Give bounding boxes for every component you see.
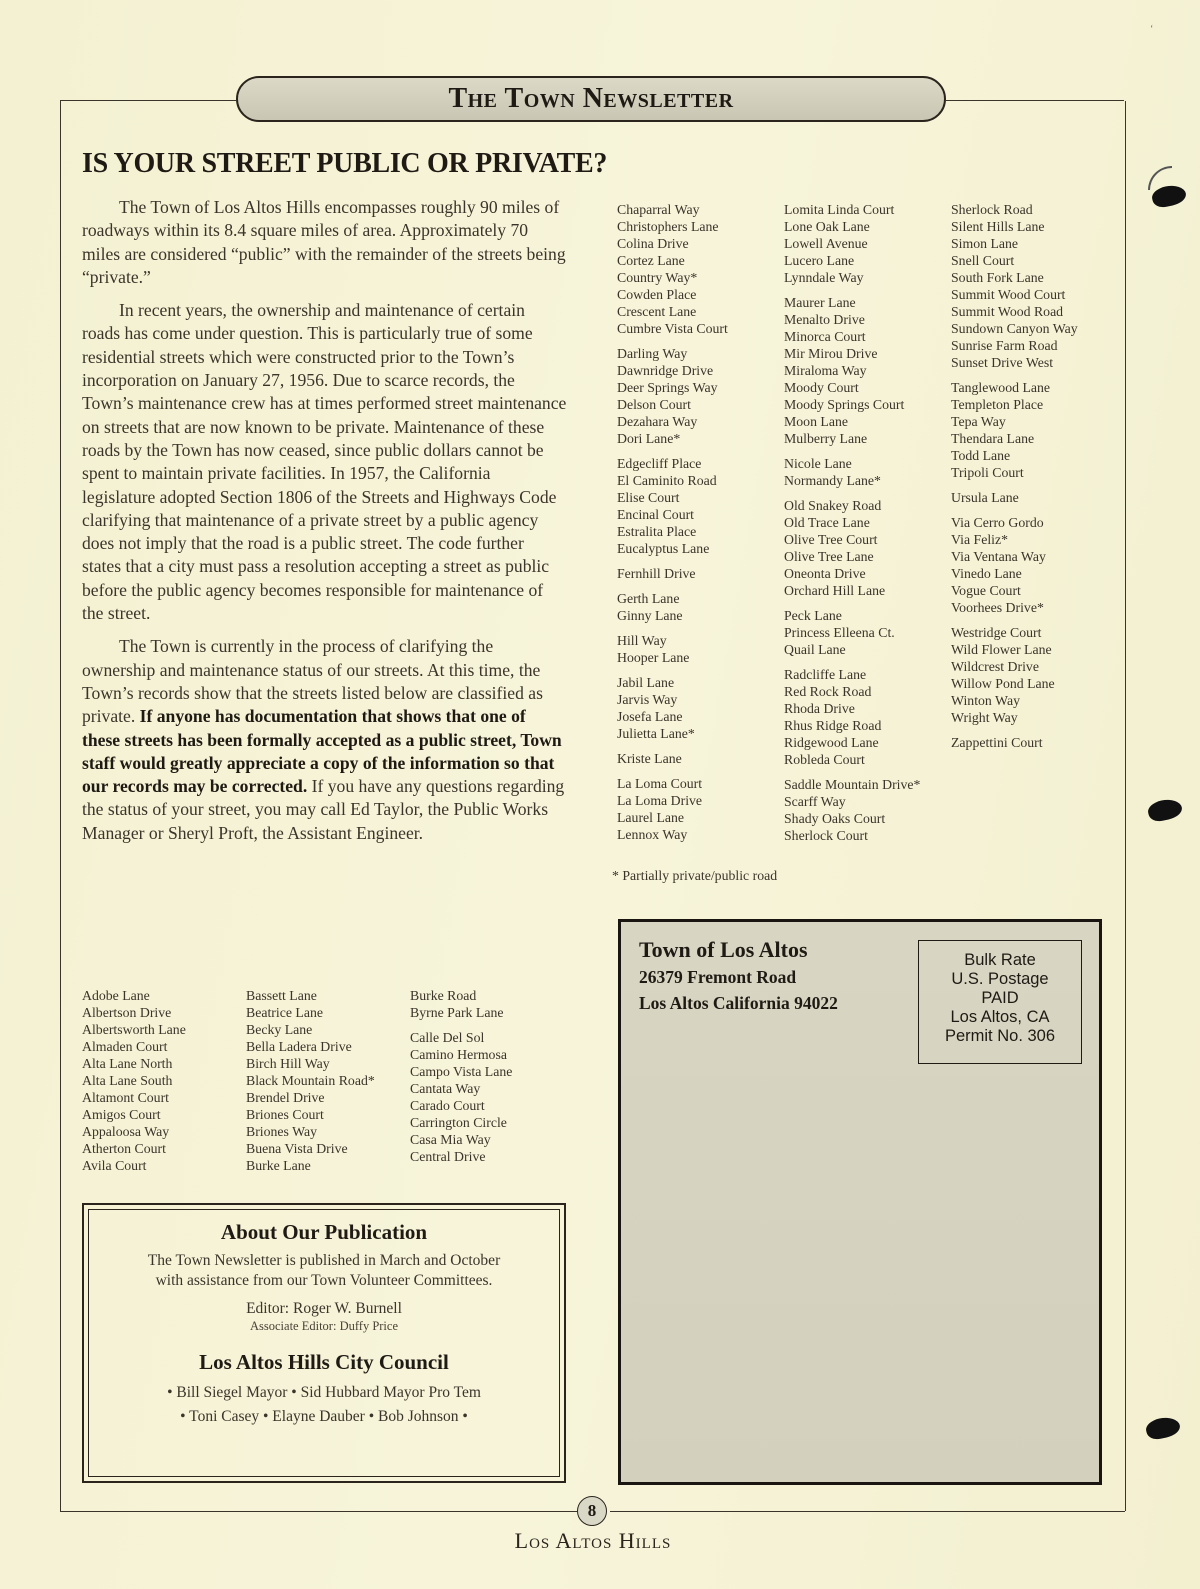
- street-name: Colina Drive: [617, 235, 728, 252]
- street-name: Robleda Court: [784, 751, 920, 768]
- street-name: Brendel Drive: [246, 1089, 375, 1106]
- street-name: Becky Lane: [246, 1021, 375, 1038]
- street-name: Calle Del Sol: [410, 1029, 512, 1046]
- street-name: Quail Lane: [784, 641, 920, 658]
- street-name: Wildcrest Drive: [951, 658, 1078, 675]
- street-name: Moody Springs Court: [784, 396, 920, 413]
- council-members-line: • Toni Casey • Elayne Dauber • Bob Johns…: [89, 1405, 559, 1429]
- return-address: Town of Los Altos 26379 Fremont Road Los…: [639, 936, 838, 1016]
- postage-line: PAID: [919, 989, 1081, 1008]
- street-name: Sunset Drive West: [951, 354, 1078, 371]
- street-name: Ursula Lane: [951, 489, 1078, 506]
- frame-rule: [60, 1511, 577, 1512]
- street-name: Black Mountain Road*: [246, 1072, 375, 1089]
- about-publication-box: About Our Publication The Town Newslette…: [82, 1203, 566, 1483]
- frame-rule: [60, 100, 236, 101]
- street-list-column: Chaparral WayChristophers LaneColina Dri…: [617, 201, 728, 851]
- about-description: The Town Newsletter is published in Marc…: [144, 1251, 504, 1291]
- street-name: Burke Road: [410, 987, 512, 1004]
- scan-mark: ‘: [1150, 24, 1153, 35]
- street-name: Buena Vista Drive: [246, 1140, 375, 1157]
- street-name: Lynndale Way: [784, 269, 920, 286]
- street-name: Alta Lane North: [82, 1055, 186, 1072]
- street-name: Shady Oaks Court: [784, 810, 920, 827]
- street-name: Thendara Lane: [951, 430, 1078, 447]
- street-name: Delson Court: [617, 396, 728, 413]
- street-name: Kriste Lane: [617, 750, 728, 767]
- street-name: Lone Oak Lane: [784, 218, 920, 235]
- binder-hole-icon: [1146, 797, 1183, 824]
- article-paragraph: The Town is currently in the process of …: [82, 635, 567, 845]
- street-name: La Loma Drive: [617, 792, 728, 809]
- street-name: Todd Lane: [951, 447, 1078, 464]
- street-name: Carrington Circle: [410, 1114, 512, 1131]
- street-name: Crescent Lane: [617, 303, 728, 320]
- street-name: Edgecliff Place: [617, 455, 728, 472]
- street-list-column: Adobe LaneAlbertson DriveAlbertsworth La…: [82, 987, 186, 1182]
- street-group: Calle Del SolCamino HermosaCampo Vista L…: [410, 1029, 512, 1165]
- street-name: Cortez Lane: [617, 252, 728, 269]
- street-name: Olive Tree Court: [784, 531, 920, 548]
- street-group: Darling WayDawnridge DriveDeer Springs W…: [617, 345, 728, 447]
- street-name: Birch Hill Way: [246, 1055, 375, 1072]
- publication-name: Los Altos Hills: [0, 1528, 1186, 1554]
- street-group: Peck LanePrincess Elleena Ct.Quail Lane: [784, 607, 920, 658]
- street-name: Gerth Lane: [617, 590, 728, 607]
- street-name: Normandy Lane*: [784, 472, 920, 489]
- street-name: Bella Ladera Drive: [246, 1038, 375, 1055]
- street-name: Josefa Lane: [617, 708, 728, 725]
- street-name: La Loma Court: [617, 775, 728, 792]
- street-name: Tanglewood Lane: [951, 379, 1078, 396]
- street-name: Mulberry Lane: [784, 430, 920, 447]
- street-name: Dezahara Way: [617, 413, 728, 430]
- street-name: Atherton Court: [82, 1140, 186, 1157]
- street-group: Radcliffe LaneRed Rock RoadRhoda DriveRh…: [784, 666, 920, 768]
- street-name: Sherlock Road: [951, 201, 1078, 218]
- street-name: Radcliffe Lane: [784, 666, 920, 683]
- street-name: Miraloma Way: [784, 362, 920, 379]
- street-name: Red Rock Road: [784, 683, 920, 700]
- street-name: Rhus Ridge Road: [784, 717, 920, 734]
- street-list-column: Burke RoadByrne Park LaneCalle Del SolCa…: [410, 987, 512, 1173]
- street-name: Saddle Mountain Drive*: [784, 776, 920, 793]
- page-number: 8: [577, 1496, 607, 1526]
- street-name: Simon Lane: [951, 235, 1078, 252]
- street-name: Campo Vista Lane: [410, 1063, 512, 1080]
- street-name: Orchard Hill Lane: [784, 582, 920, 599]
- article-body: The Town of Los Altos Hills encompasses …: [82, 196, 567, 855]
- street-name: Eucalyptus Lane: [617, 540, 728, 557]
- street-name: Moon Lane: [784, 413, 920, 430]
- street-group: Bassett LaneBeatrice LaneBecky LaneBella…: [246, 987, 375, 1174]
- street-group: Kriste Lane: [617, 750, 728, 767]
- postage-line: Bulk Rate: [919, 951, 1081, 970]
- street-name: Lowell Avenue: [784, 235, 920, 252]
- street-group: Hill WayHooper Lane: [617, 632, 728, 666]
- street-name: Encinal Court: [617, 506, 728, 523]
- frame-rule: [946, 100, 1124, 101]
- street-name: Rhoda Drive: [784, 700, 920, 717]
- article-headline: IS YOUR STREET PUBLIC OR PRIVATE?: [82, 148, 607, 180]
- street-name: Silent Hills Lane: [951, 218, 1078, 235]
- street-name: Vogue Court: [951, 582, 1078, 599]
- street-name: Old Trace Lane: [784, 514, 920, 531]
- street-group: Saddle Mountain Drive*Scarff WayShady Oa…: [784, 776, 920, 844]
- street-name: Darling Way: [617, 345, 728, 362]
- street-name: Wright Way: [951, 709, 1078, 726]
- street-name: Via Cerro Gordo: [951, 514, 1078, 531]
- street-group: Ursula Lane: [951, 489, 1078, 506]
- street-name: Vinedo Lane: [951, 565, 1078, 582]
- street-name: Scarff Way: [784, 793, 920, 810]
- street-name: Moody Court: [784, 379, 920, 396]
- street-name: Templeton Place: [951, 396, 1078, 413]
- street-name: Casa Mia Way: [410, 1131, 512, 1148]
- street-name: Peck Lane: [784, 607, 920, 624]
- binder-hole-icon: [1144, 1415, 1181, 1442]
- street-name: Amigos Court: [82, 1106, 186, 1123]
- street-name: Snell Court: [951, 252, 1078, 269]
- street-name: Laurel Lane: [617, 809, 728, 826]
- street-group: Old Snakey RoadOld Trace LaneOlive Tree …: [784, 497, 920, 599]
- street-name: Dawnridge Drive: [617, 362, 728, 379]
- street-group: Burke RoadByrne Park Lane: [410, 987, 512, 1021]
- postage-line: Permit No. 306: [919, 1027, 1081, 1046]
- street-group: Chaparral WayChristophers LaneColina Dri…: [617, 201, 728, 337]
- street-name: Elise Court: [617, 489, 728, 506]
- street-name: Burke Lane: [246, 1157, 375, 1174]
- street-name: Camino Hermosa: [410, 1046, 512, 1063]
- street-name: Avila Court: [82, 1157, 186, 1174]
- footnote: * Partially private/public road: [612, 868, 777, 884]
- street-name: Albertson Drive: [82, 1004, 186, 1021]
- street-name: Hill Way: [617, 632, 728, 649]
- street-group: Sherlock RoadSilent Hills LaneSimon Lane…: [951, 201, 1078, 371]
- street-name: Nicole Lane: [784, 455, 920, 472]
- about-title: About Our Publication: [89, 1220, 559, 1245]
- street-name: Altamont Court: [82, 1089, 186, 1106]
- street-name: Deer Springs Way: [617, 379, 728, 396]
- street-group: La Loma CourtLa Loma DriveLaurel LaneLen…: [617, 775, 728, 843]
- street-list-column: Lomita Linda CourtLone Oak LaneLowell Av…: [784, 201, 920, 852]
- article-paragraph: The Town of Los Altos Hills encompasses …: [82, 196, 567, 289]
- street-name: Briones Court: [246, 1106, 375, 1123]
- street-group: Westridge CourtWild Flower LaneWildcrest…: [951, 624, 1078, 726]
- street-name: Cowden Place: [617, 286, 728, 303]
- street-name: Jarvis Way: [617, 691, 728, 708]
- article-paragraph: In recent years, the ownership and maint…: [82, 299, 567, 625]
- street-name: Westridge Court: [951, 624, 1078, 641]
- street-name: Ridgewood Lane: [784, 734, 920, 751]
- street-name: Albertsworth Lane: [82, 1021, 186, 1038]
- street-name: Old Snakey Road: [784, 497, 920, 514]
- return-name: Town of Los Altos: [639, 936, 838, 964]
- street-group: Tanglewood LaneTempleton PlaceTepa WayTh…: [951, 379, 1078, 481]
- street-name: Zappettini Court: [951, 734, 1078, 751]
- postage-line: U.S. Postage: [919, 970, 1081, 989]
- street-name: Chaparral Way: [617, 201, 728, 218]
- street-group: Lomita Linda CourtLone Oak LaneLowell Av…: [784, 201, 920, 286]
- street-name: Oneonta Drive: [784, 565, 920, 582]
- street-group: Nicole LaneNormandy Lane*: [784, 455, 920, 489]
- street-list-column: Sherlock RoadSilent Hills LaneSimon Lane…: [951, 201, 1078, 759]
- street-name: Alta Lane South: [82, 1072, 186, 1089]
- street-name: Lennox Way: [617, 826, 728, 843]
- street-name: Cumbre Vista Court: [617, 320, 728, 337]
- street-group: Adobe LaneAlbertson DriveAlbertsworth La…: [82, 987, 186, 1174]
- return-city: Los Altos California 94022: [639, 990, 838, 1016]
- street-name: Sherlock Court: [784, 827, 920, 844]
- street-name: Voorhees Drive*: [951, 599, 1078, 616]
- street-name: Mir Mirou Drive: [784, 345, 920, 362]
- street-name: Tepa Way: [951, 413, 1078, 430]
- street-name: Jabil Lane: [617, 674, 728, 691]
- street-name: Lucero Lane: [784, 252, 920, 269]
- street-name: Byrne Park Lane: [410, 1004, 512, 1021]
- mailing-panel: Town of Los Altos 26379 Fremont Road Los…: [618, 919, 1102, 1485]
- street-name: Minorca Court: [784, 328, 920, 345]
- street-name: Via Ventana Way: [951, 548, 1078, 565]
- street-name: Willow Pond Lane: [951, 675, 1078, 692]
- street-group: Edgecliff PlaceEl Caminito RoadElise Cou…: [617, 455, 728, 557]
- street-name: Princess Elleena Ct.: [784, 624, 920, 641]
- street-name: Cantata Way: [410, 1080, 512, 1097]
- street-name: Fernhill Drive: [617, 565, 728, 582]
- street-group: Fernhill Drive: [617, 565, 728, 582]
- street-name: Central Drive: [410, 1148, 512, 1165]
- postage-line: Los Altos, CA: [919, 1008, 1081, 1027]
- street-name: Tripoli Court: [951, 464, 1078, 481]
- editor-credit: Editor: Roger W. Burnell: [89, 1299, 559, 1319]
- street-name: El Caminito Road: [617, 472, 728, 489]
- street-name: Julietta Lane*: [617, 725, 728, 742]
- street-name: Appaloosa Way: [82, 1123, 186, 1140]
- associate-editor-credit: Associate Editor: Duffy Price: [89, 1319, 559, 1334]
- street-group: Maurer LaneMenalto DriveMinorca CourtMir…: [784, 294, 920, 447]
- street-name: Adobe Lane: [82, 987, 186, 1004]
- street-name: Olive Tree Lane: [784, 548, 920, 565]
- street-name: Via Feliz*: [951, 531, 1078, 548]
- street-list-column: Bassett LaneBeatrice LaneBecky LaneBella…: [246, 987, 375, 1182]
- street-name: South Fork Lane: [951, 269, 1078, 286]
- street-name: Summit Wood Road: [951, 303, 1078, 320]
- newsletter-banner: The Town Newsletter: [236, 76, 946, 122]
- street-name: Sundown Canyon Way: [951, 320, 1078, 337]
- street-name: Bassett Lane: [246, 987, 375, 1004]
- street-group: Jabil LaneJarvis WayJosefa LaneJulietta …: [617, 674, 728, 742]
- banner-title: The Town Newsletter: [448, 83, 733, 115]
- frame-rule: [610, 1511, 1125, 1512]
- street-name: Sunrise Farm Road: [951, 337, 1078, 354]
- council-title: Los Altos Hills City Council: [89, 1350, 559, 1375]
- street-name: Menalto Drive: [784, 311, 920, 328]
- street-name: Lomita Linda Court: [784, 201, 920, 218]
- street-name: Country Way*: [617, 269, 728, 286]
- street-group: Via Cerro GordoVia Feliz*Via Ventana Way…: [951, 514, 1078, 616]
- street-name: Wild Flower Lane: [951, 641, 1078, 658]
- return-street: 26379 Fremont Road: [639, 964, 838, 990]
- street-name: Almaden Court: [82, 1038, 186, 1055]
- street-name: Maurer Lane: [784, 294, 920, 311]
- street-name: Carado Court: [410, 1097, 512, 1114]
- street-name: Beatrice Lane: [246, 1004, 375, 1021]
- street-group: Zappettini Court: [951, 734, 1078, 751]
- street-name: Dori Lane*: [617, 430, 728, 447]
- postage-indicia: Bulk Rate U.S. Postage PAID Los Altos, C…: [918, 940, 1082, 1064]
- street-name: Estralita Place: [617, 523, 728, 540]
- street-name: Winton Way: [951, 692, 1078, 709]
- street-name: Ginny Lane: [617, 607, 728, 624]
- street-group: Gerth LaneGinny Lane: [617, 590, 728, 624]
- street-name: Hooper Lane: [617, 649, 728, 666]
- council-members-line: • Bill Siegel Mayor • Sid Hubbard Mayor …: [89, 1381, 559, 1405]
- street-name: Christophers Lane: [617, 218, 728, 235]
- street-name: Briones Way: [246, 1123, 375, 1140]
- street-name: Summit Wood Court: [951, 286, 1078, 303]
